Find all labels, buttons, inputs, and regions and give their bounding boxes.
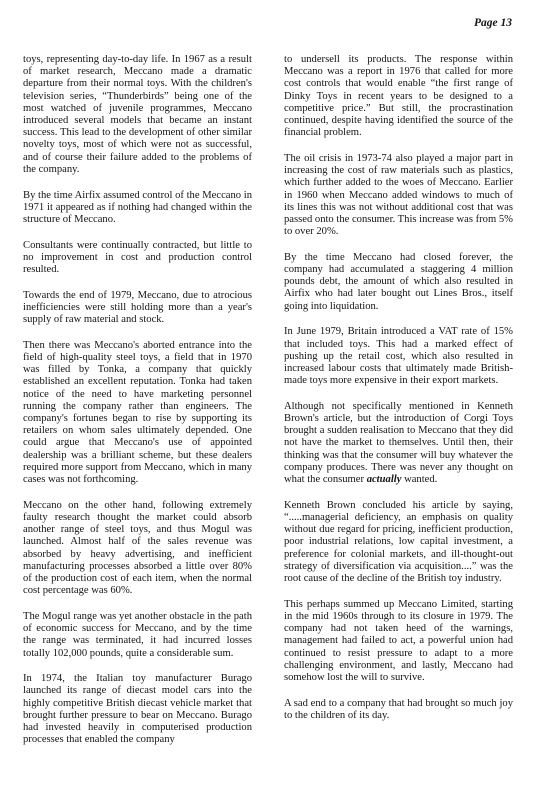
paragraph-sad-end: A sad end to a company that had brought … (284, 698, 513, 722)
corgi-tail: wanted. (401, 474, 437, 485)
paragraph-mogul-losses: The Mogul range was yet another obstacle… (23, 611, 252, 660)
paragraph-debt: By the time Meccano had closed forever, … (284, 252, 513, 313)
right-column: to undersell its products. The response … (284, 54, 513, 736)
paragraph-tonka: Then there was Meccano's aborted entranc… (23, 340, 252, 486)
corgi-text: Although not specifically mentioned in K… (284, 401, 513, 485)
paragraph-mogul-launch: Meccano on the other hand, following ext… (23, 500, 252, 598)
paragraph-1976-report: to undersell its products. The response … (284, 54, 513, 139)
paragraph-corgi: Although not specifically mentioned in K… (284, 401, 513, 486)
paragraph-burago: In 1974, the Italian toy manufacturer Bu… (23, 673, 252, 746)
paragraph-airfix-control: By the time Airfix assumed control of th… (23, 190, 252, 227)
paragraph-inefficiencies: Towards the end of 1979, Meccano, due to… (23, 290, 252, 327)
paragraph-kenneth-brown-quote: Kenneth Brown concluded his article by s… (284, 500, 513, 585)
paragraph-oil-crisis: The oil crisis in 1973-74 also played a … (284, 153, 513, 238)
page-number: Page 13 (474, 17, 512, 29)
left-column: toys, representing day-to-day life. In 1… (23, 54, 252, 760)
paragraph-thunderbirds: toys, representing day-to-day life. In 1… (23, 54, 252, 176)
paragraph-summary: This perhaps summed up Meccano Limited, … (284, 599, 513, 684)
paragraph-vat: In June 1979, Britain introduced a VAT r… (284, 326, 513, 387)
emphasis-actually: actually (367, 474, 402, 485)
paragraph-consultants: Consultants were continually contracted,… (23, 240, 252, 277)
